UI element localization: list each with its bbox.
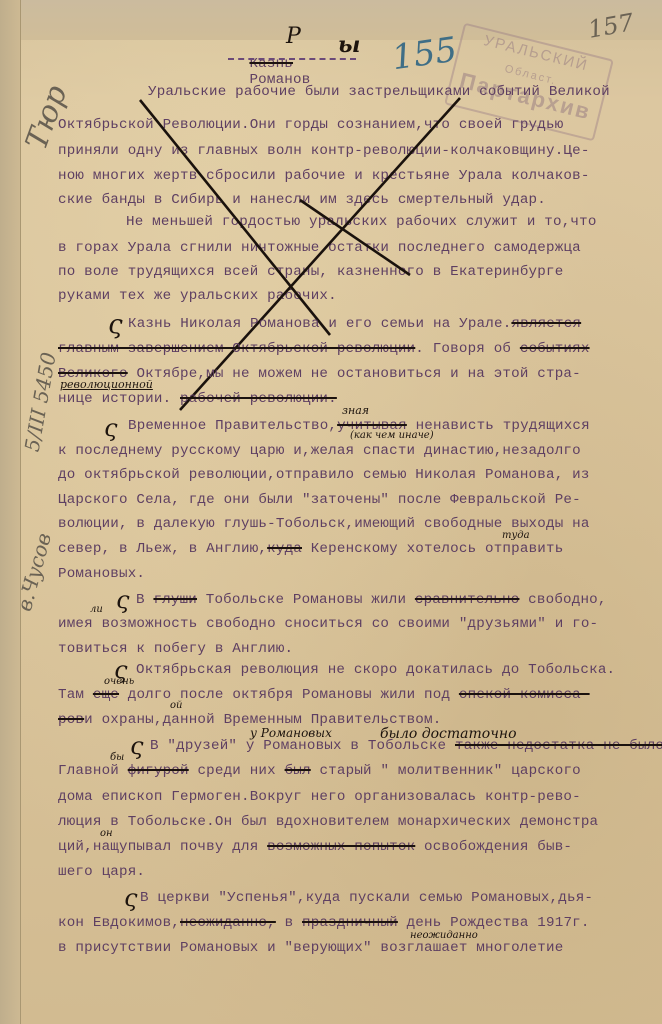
para7-line-3: в присутствии Романовых и "верующих" воз… xyxy=(58,940,563,956)
paragraph-mark: ς xyxy=(104,414,117,442)
para7-line-1: В церкви "Успенья",куда пускали семью Ро… xyxy=(140,890,593,906)
para6-line-4: люция в Тобольске.Он был вдохновителем м… xyxy=(58,814,598,830)
para2-line-1: Казнь Николая Романова и его семьи на Ур… xyxy=(128,316,581,332)
para3-line-6: север, в Льеж, в Англию,куда Керенскому … xyxy=(58,541,563,557)
para6-line-5: ций,нащупывал почву для возможных попыто… xyxy=(58,839,572,855)
para3-line-7: Романовых. xyxy=(58,566,145,582)
paragraph-mark: ς xyxy=(108,310,123,340)
paragraph-mark: ς xyxy=(116,586,129,614)
paragraph-mark: ς xyxy=(124,884,137,912)
para3-line-4: Царского Села, где они были "заточены" п… xyxy=(58,492,581,508)
para3-hand-3: туда xyxy=(502,530,530,541)
paragraph-mark: ς xyxy=(130,732,143,760)
para5-line-1: Октябрьская революция не скоро докатилас… xyxy=(136,662,615,678)
para3-hand-2: (как чем иначе) xyxy=(350,430,434,441)
para4-hand-1: ли xyxy=(90,604,103,615)
para3-line-3: до октябрьской революции,отправило семью… xyxy=(58,467,590,483)
para6-line-3: дома епископ Гермоген.Вокруг него органи… xyxy=(58,789,581,805)
para7-line-2: кон Евдокимов,неожиданно, в праздничный … xyxy=(58,915,590,931)
para6-line-2: Главной фигурой среди них был старый " м… xyxy=(58,763,581,779)
para6-hand-3: бы xyxy=(110,752,124,763)
para6-line-1: В "друзей" у Романовых в Тобольске также… xyxy=(150,738,662,754)
para4-line-2: имея возможность свободно сноситься со с… xyxy=(58,616,598,632)
para2-line-4: нице истории. рабочей революции. xyxy=(58,391,337,407)
para6-hand-4: он xyxy=(100,828,113,839)
para2-hand-insert: революционной xyxy=(60,378,153,391)
para5-line-2: Там еще долго после октября Романовы жил… xyxy=(58,687,590,703)
para3-line-2: к последнему русскому царю и,желая спаст… xyxy=(58,443,581,459)
para4-line-1: В глуши Тобольске Романовы жили сравните… xyxy=(136,592,607,608)
para3-hand-1: зная xyxy=(342,404,369,417)
para6-line-6: шего царя. xyxy=(58,864,145,880)
para5-hand-1: очень xyxy=(104,676,134,687)
para5-hand-2: ой xyxy=(170,700,182,711)
para2-line-2: главным завершением Октябрьской революци… xyxy=(58,341,590,357)
para4-line-3: товиться к побегу в Англию. xyxy=(58,641,293,657)
